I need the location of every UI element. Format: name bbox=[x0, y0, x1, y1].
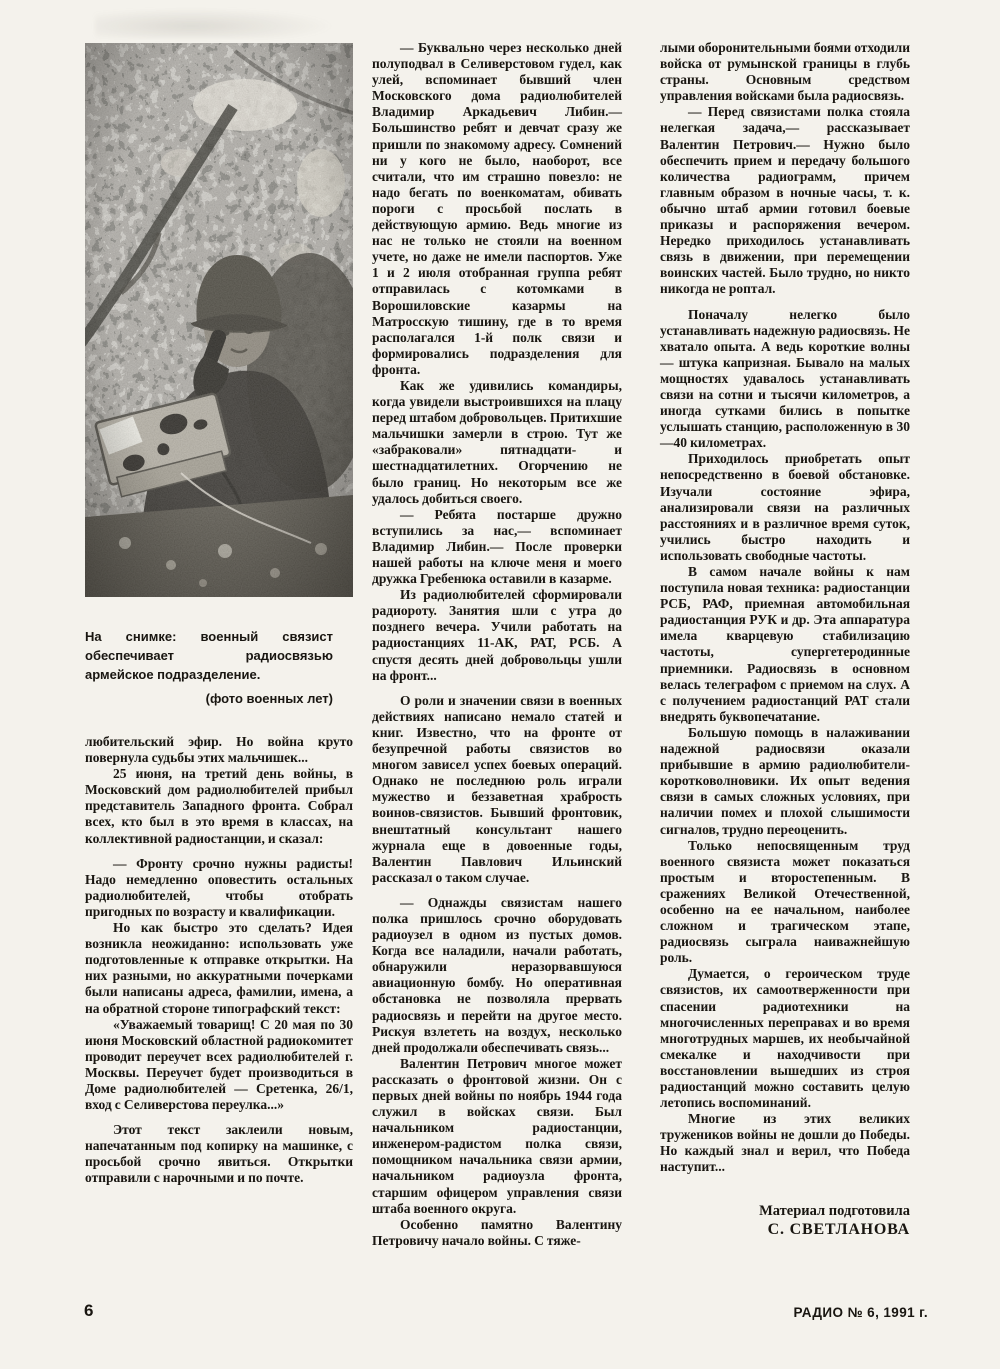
byline-role: Материал подготовила bbox=[660, 1202, 910, 1220]
paragraph: Многие из этих великих тружеников войны … bbox=[660, 1111, 910, 1175]
column-middle-text: — Буквально через несколько дней полупод… bbox=[372, 40, 622, 1249]
paragraph: Особенно памятно Валентину Петровичу нач… bbox=[372, 1217, 622, 1249]
army-signaller-photo-svg bbox=[85, 43, 353, 597]
paragraph: О роли и значении связи в военных действ… bbox=[372, 693, 622, 886]
paragraph: — Ребята постарше дружно вступились за н… bbox=[372, 507, 622, 587]
paragraph: Валентин Петрович многое может рассказат… bbox=[372, 1056, 622, 1217]
byline: Материал подготовила С. СВЕТЛАНОВА bbox=[660, 1202, 910, 1240]
paragraph: В самом начале войны к нам поступила нов… bbox=[660, 564, 910, 725]
paragraph: Поначалу нелегко было устанавливать наде… bbox=[660, 307, 910, 452]
paragraph: — Буквально через несколько дней полупод… bbox=[372, 40, 622, 378]
paragraph: «Уважаемый товарищ! С 20 мая по 30 июня … bbox=[85, 1017, 353, 1114]
photo-caption-credit: (фото военных лет) bbox=[85, 689, 333, 708]
paragraph: Приходилось приобретать опыт непосредств… bbox=[660, 451, 910, 564]
column-right: лыми оборонительными боями отходили войс… bbox=[660, 40, 910, 1240]
paragraph: любительский эфир. Но война круто поверн… bbox=[85, 734, 353, 766]
column-right-text: лыми оборонительными боями отходили войс… bbox=[660, 40, 910, 1176]
page-number: 6 bbox=[84, 1301, 93, 1321]
column-left-text: любительский эфир. Но война круто поверн… bbox=[85, 734, 353, 1187]
paragraph: Только непосвященным труд военного связи… bbox=[660, 838, 910, 967]
scan-artifact bbox=[95, 8, 335, 38]
paragraph: Из радиолюбителей сформировали радиороту… bbox=[372, 587, 622, 684]
column-left: На снимке: военный связист обеспечивает … bbox=[85, 43, 353, 1187]
photo-caption: На снимке: военный связист обеспечивает … bbox=[85, 627, 333, 684]
paragraph: — Перед связистами полка стояла нелегкая… bbox=[660, 104, 910, 297]
army-signaller-photo bbox=[85, 43, 353, 597]
paragraph: Думается, о героическом труде связистов,… bbox=[660, 966, 910, 1111]
journal-footer: РАДИО № 6, 1991 г. bbox=[794, 1305, 928, 1320]
magazine-page: На снимке: военный связист обеспечивает … bbox=[0, 0, 1000, 1369]
paragraph: 25 июня, на третий день войны, в Московс… bbox=[85, 766, 353, 846]
paragraph: лыми оборонительными боями отходили войс… bbox=[660, 40, 910, 104]
byline-author: С. СВЕТЛАНОВА bbox=[660, 1220, 910, 1240]
paragraph: — Однажды связистам нашего полка пришлос… bbox=[372, 895, 622, 1056]
paragraph: — Фронту срочно нужны радисты! Надо неме… bbox=[85, 856, 353, 920]
paragraph: Как же удивились командиры, когда увидел… bbox=[372, 378, 622, 507]
paragraph: Большую помощь в налаживании надежной ра… bbox=[660, 725, 910, 838]
paragraph: Но как быстро это сделать? Идея возникла… bbox=[85, 920, 353, 1017]
paragraph: Этот текст заклеили новым, напечатанным … bbox=[85, 1122, 353, 1186]
